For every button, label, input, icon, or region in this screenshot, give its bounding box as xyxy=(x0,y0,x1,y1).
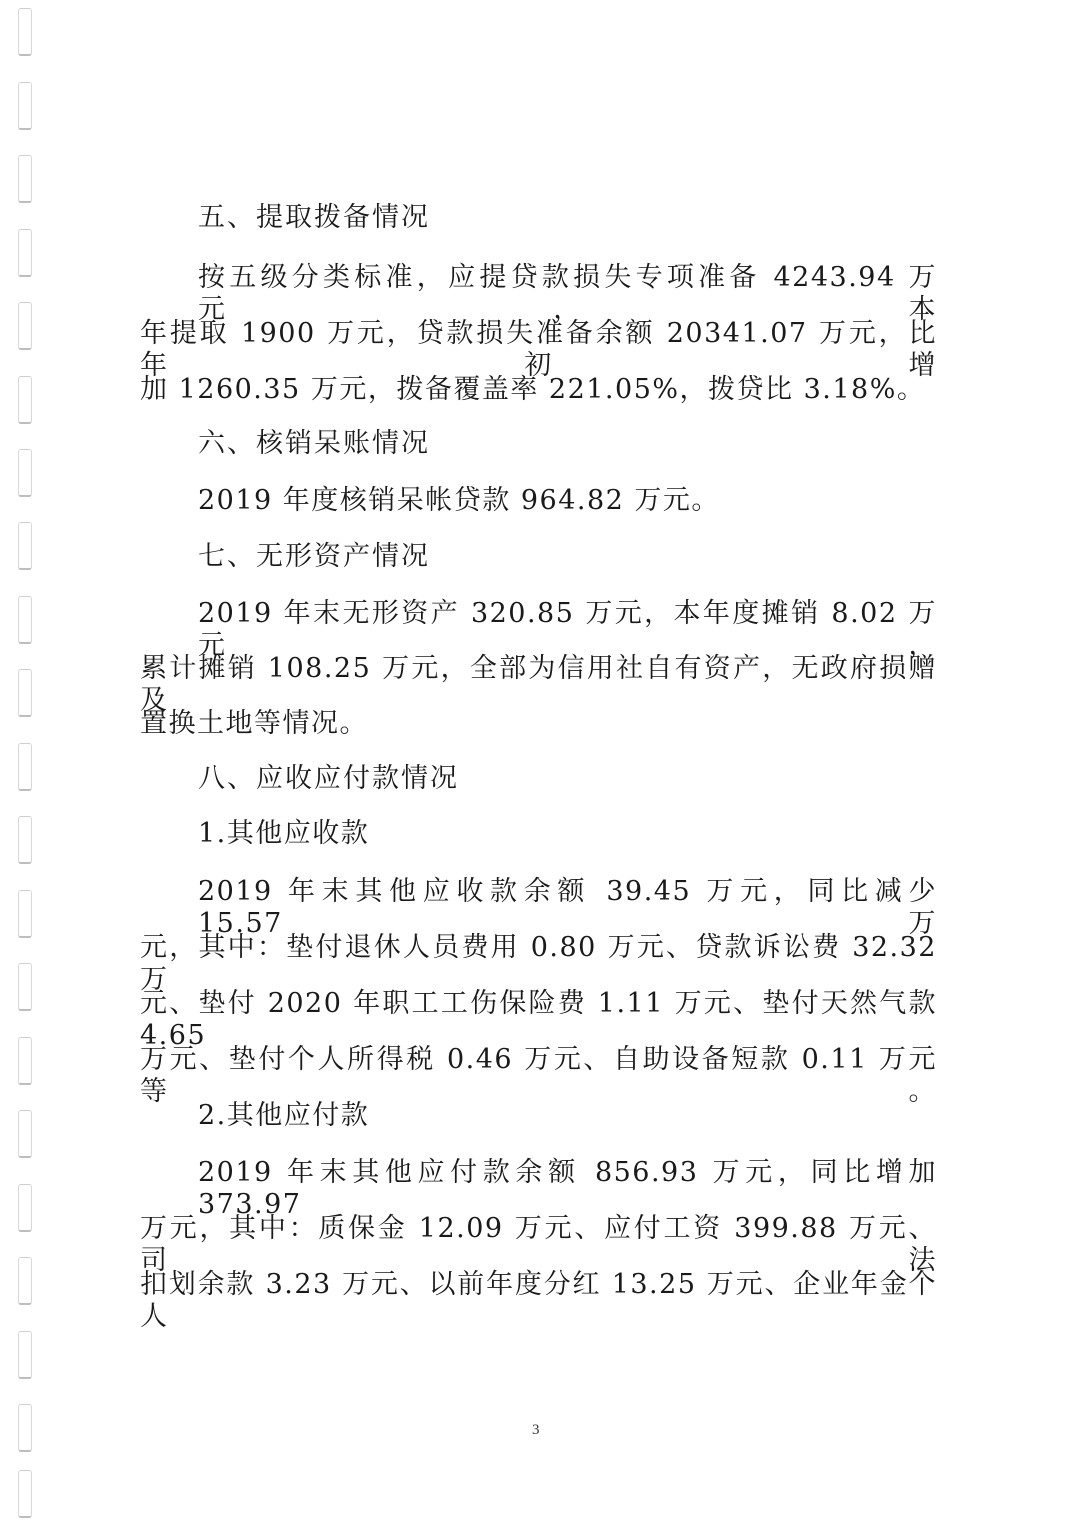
paragraph-line: 2019 年末其他应收款余额 39.45 万元，同比减少 15.57 万 xyxy=(198,876,937,940)
section-heading-write-off: 六、核销呆账情况 xyxy=(198,428,430,460)
paragraph-line: 万元、垫付个人所得税 0.46 万元、自助设备短款 0.11 万元等。 xyxy=(140,1044,937,1108)
paragraph-line: 按五级分类标准，应提贷款损失专项准备 4243.94 万元，本 xyxy=(198,262,937,326)
paragraph-line: 扣划余款 3.23 万元、以前年度分红 13.25 万元、企业年金个人 xyxy=(140,1269,937,1333)
binding-mark xyxy=(18,1470,32,1518)
paragraph-line: 元、垫付 2020 年职工工伤保险费 1.11 万元、垫付天然气款 4.65 xyxy=(140,988,937,1052)
binding-mark xyxy=(18,669,32,717)
paragraph-line: 加 1260.35 万元，拨备覆盖率 221.05%，拨贷比 3.18%。 xyxy=(140,374,925,406)
binding-mark xyxy=(18,8,32,56)
section-heading-intangible-assets: 七、无形资产情况 xyxy=(198,541,430,573)
binding-mark xyxy=(18,1257,32,1305)
binding-mark xyxy=(18,229,32,277)
paragraph-line: 万元，其中：质保金 12.09 万元、应付工资 399.88 万元、司法 xyxy=(140,1213,937,1277)
paragraph-line: 2019 年度核销呆帐贷款 964.82 万元。 xyxy=(198,485,720,517)
binding-mark xyxy=(18,155,32,203)
binding-mark xyxy=(18,743,32,791)
binding-hole-marks xyxy=(18,0,38,1527)
paragraph-line: 2019 年末其他应付款余额 856.93 万元，同比增加 373.97 xyxy=(198,1157,937,1221)
binding-mark xyxy=(18,963,32,1011)
paragraph-line: 元，其中：垫付退休人员费用 0.80 万元、贷款诉讼费 32.32 万 xyxy=(140,932,937,996)
binding-mark xyxy=(18,302,32,350)
paragraph-line: 置换土地等情况。 xyxy=(140,708,368,740)
binding-mark xyxy=(18,522,32,570)
binding-mark xyxy=(18,82,32,130)
section-heading-provisions: 五、提取拨备情况 xyxy=(198,202,430,234)
page-number: 3 xyxy=(532,1422,540,1439)
binding-mark xyxy=(18,890,32,938)
paragraph-line: 年提取 1900 万元，贷款损失准备余额 20341.07 万元，比年初增 xyxy=(140,318,937,382)
binding-mark xyxy=(18,596,32,644)
binding-mark xyxy=(18,816,32,864)
binding-mark xyxy=(18,1184,32,1232)
section-heading-receivables-payables: 八、应收应付款情况 xyxy=(198,763,459,795)
binding-mark xyxy=(18,1110,32,1158)
subsection-heading-other-receivables: 1.其他应收款 xyxy=(198,818,369,850)
binding-mark xyxy=(18,1331,32,1379)
binding-mark xyxy=(18,376,32,424)
binding-mark xyxy=(18,449,32,497)
binding-mark xyxy=(18,1404,32,1452)
binding-mark xyxy=(18,1037,32,1085)
subsection-heading-other-payables: 2.其他应付款 xyxy=(198,1100,369,1132)
